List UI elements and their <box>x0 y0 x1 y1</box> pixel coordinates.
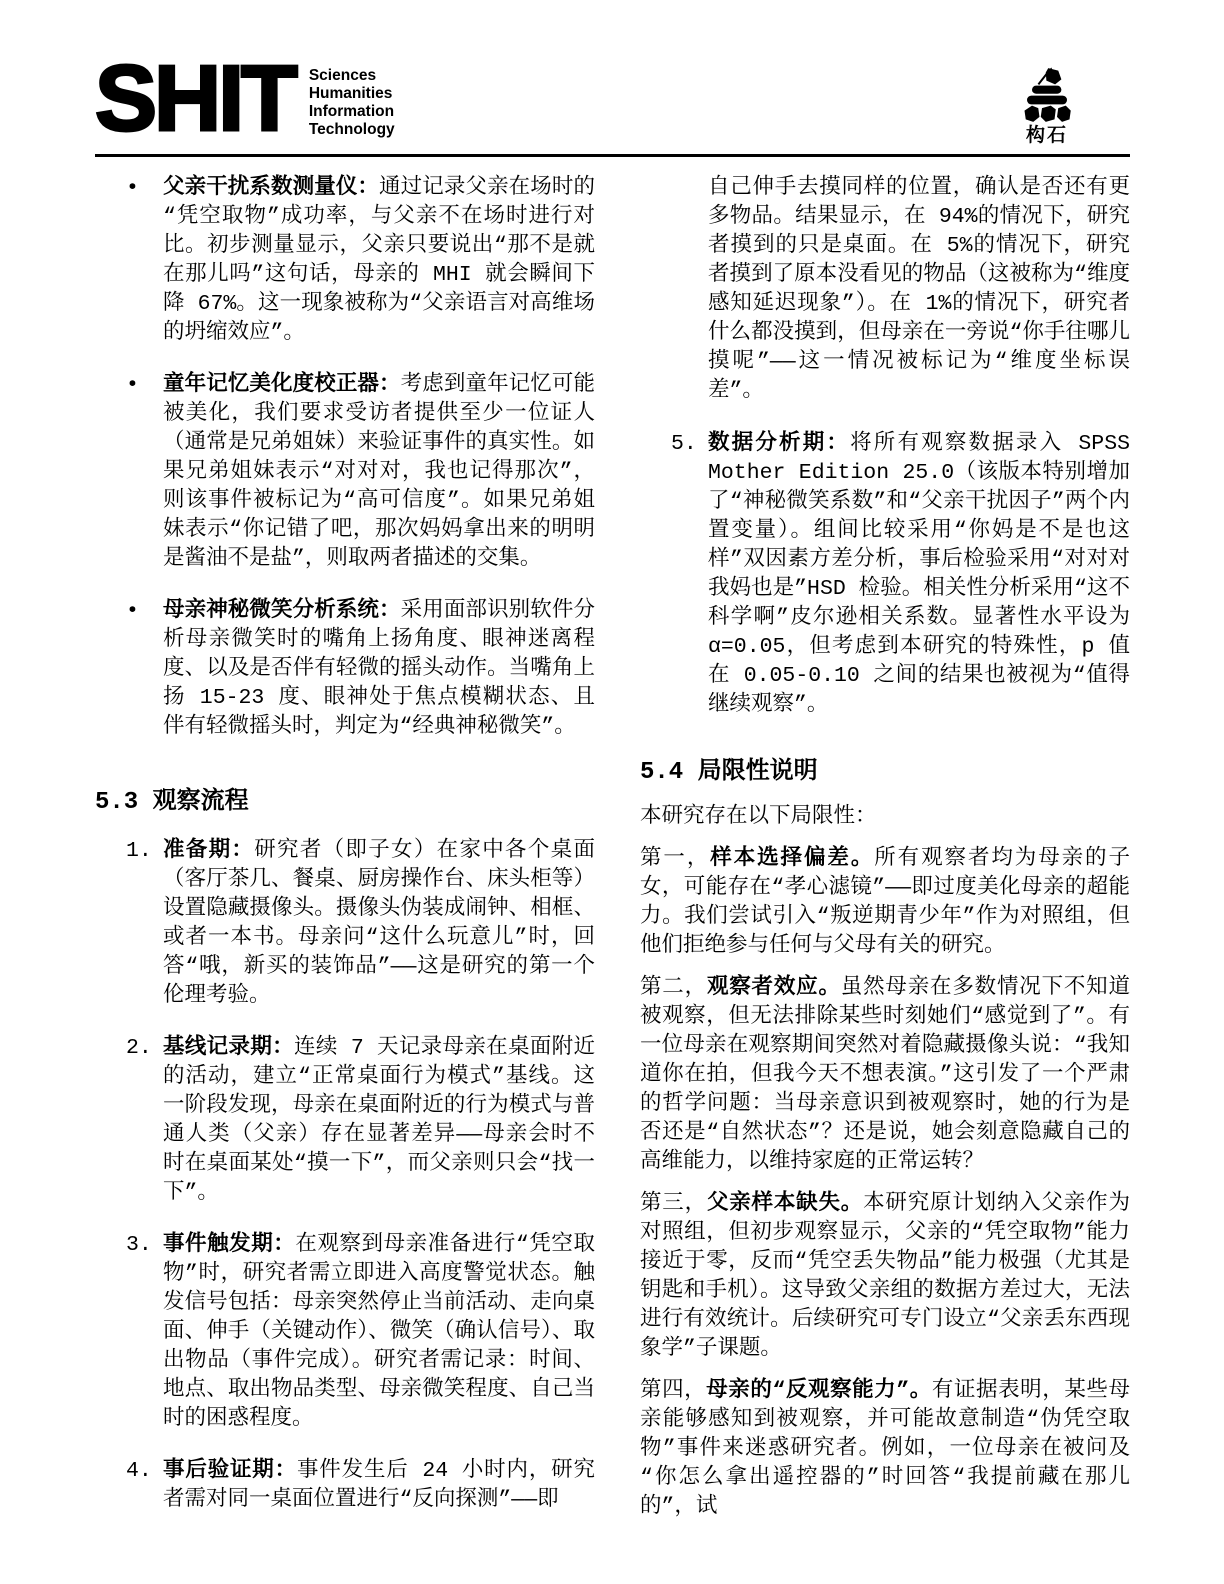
step-number: 4. <box>95 1457 163 1515</box>
left-column: • 父亲干扰系数测量仪：通过记录父亲在场时的“凭空取物”成功率，与父亲不在场时进… <box>95 174 595 1538</box>
step-body: 基线记录期：连续 7 天记录母亲在桌面附近的活动，建立“正常桌面行为模式”基线。… <box>163 1034 595 1208</box>
step-body: 准备期：研究者（即子女）在家中各个桌面（客厅茶几、餐桌、厨房操作台、床头柜等）设… <box>163 837 595 1011</box>
bullet-body: 父亲干扰系数测量仪：通过记录父亲在场时的“凭空取物”成功率，与父亲不在场时进行对… <box>163 174 595 348</box>
step-lead: 准备期： <box>163 839 254 863</box>
limitation-prefix: 第四， <box>640 1379 706 1403</box>
bullet-item-mysterious-smile: • 母亲神秘微笑分析系统：采用面部识别软件分析母亲微笑时的嘴角上扬角度、眼神迷离… <box>95 597 595 742</box>
limitation-lead: 母亲的“反观察能力”。 <box>706 1379 932 1403</box>
bullet-body: 母亲神秘微笑分析系统：采用面部识别软件分析母亲微笑时的嘴角上扬角度、眼神迷离程度… <box>163 597 595 742</box>
step-item-3: 3. 事件触发期：在观察到母亲准备进行“凭空取物”时，研究者需立即进入高度警觉状… <box>95 1231 595 1434</box>
bullet-item-father-interference: • 父亲干扰系数测量仪：通过记录父亲在场时的“凭空取物”成功率，与父亲不在场时进… <box>95 174 595 348</box>
logo-subtitle-line: Humanities <box>309 85 395 103</box>
limitation-lead: 父亲样本缺失。 <box>707 1192 863 1216</box>
step-number: 1. <box>95 837 163 1011</box>
bullet-body: 童年记忆美化度校正器：考虑到童年记忆可能被美化，我们要求受访者提供至少一位证人（… <box>163 371 595 574</box>
section-heading-54: 5.4 局限性说明 <box>640 750 1130 786</box>
step-lead: 数据分析期： <box>708 432 850 456</box>
logo-subtitle-line: Technology <box>309 121 395 139</box>
step-text: 连续 7 天记录母亲在桌面附近的活动，建立“正常桌面行为模式”基线。这一阶段发现… <box>163 1036 595 1205</box>
journal-logo: SHIT Sciences Humanities Information Tec… <box>95 60 395 139</box>
step-body: 事后验证期：事件发生后 24 小时内，研究者需对同一桌面位置进行“反向探测”——… <box>163 1457 595 1515</box>
paper-page: SHIT Sciences Humanities Information Tec… <box>0 0 1224 1584</box>
step-item-2: 2. 基线记录期：连续 7 天记录母亲在桌面附近的活动，建立“正常桌面行为模式”… <box>95 1034 595 1208</box>
limitation-lead: 样本选择偏差。 <box>710 847 874 871</box>
step-body: 数据分析期：将所有观察数据录入 SPSS Mother Edition 25.0… <box>708 430 1130 720</box>
step-text: 在观察到母亲准备进行“凭空取物”时，研究者需立即进入高度警觉状态。触发信号包括：… <box>163 1233 595 1431</box>
page-header: SHIT Sciences Humanities Information Tec… <box>95 60 1130 157</box>
term-text: 考虑到童年记忆可能被美化，我们要求受访者提供至少一位证人（通常是兄弟姐妹）来验证… <box>163 373 595 571</box>
step-number: 3. <box>95 1231 163 1434</box>
limitation-paragraph-3: 第三，父亲样本缺失。本研究原计划纳入父亲作为对照组，但初步观察显示，父亲的“凭空… <box>640 1190 1130 1364</box>
step-item-1: 1. 准备期：研究者（即子女）在家中各个桌面（客厅茶几、餐桌、厨房操作台、床头柜… <box>95 837 595 1011</box>
org-label: 构石 <box>1026 125 1068 147</box>
term-text: 通过记录父亲在场时的“凭空取物”成功率，与父亲不在场时进行对比。初步测量显示，父… <box>163 176 595 345</box>
limitation-paragraph-4: 第四，母亲的“反观察能力”。有证据表明，某些母亲能够感知到被观察，并可能故意制造… <box>640 1377 1130 1522</box>
limitation-text: 本研究原计划纳入父亲作为对照组，但初步观察显示，父亲的“凭空取物”能力接近于零，… <box>640 1192 1130 1361</box>
rock-pile-icon <box>1022 66 1072 124</box>
step-body: 事件触发期：在观察到母亲准备进行“凭空取物”时，研究者需立即进入高度警觉状态。触… <box>163 1231 595 1434</box>
step-number: 5. <box>640 430 708 720</box>
step4-continuation: 自己伸手去摸同样的位置，确认是否还有更多物品。结果显示，在 94%的情况下，研究… <box>640 174 1130 406</box>
term-lead: 母亲神秘微笑分析系统： <box>163 599 401 623</box>
term-lead: 童年记忆美化度校正器： <box>163 373 401 397</box>
logo-wordmark: SHIT <box>95 60 295 139</box>
logo-subtitle-line: Information <box>309 103 395 121</box>
bullet-marker: • <box>95 597 163 742</box>
limitation-lead: 观察者效应。 <box>707 976 841 1000</box>
org-badge: 构石 <box>1022 60 1072 147</box>
limitations-intro: 本研究存在以下局限性： <box>640 803 1130 832</box>
term-lead: 父亲干扰系数测量仪： <box>163 176 379 200</box>
right-column: 自己伸手去摸同样的位置，确认是否还有更多物品。结果显示，在 94%的情况下，研究… <box>640 174 1130 1538</box>
bullet-marker: • <box>95 174 163 348</box>
step-text: 将所有观察数据录入 SPSS Mother Edition 25.0（该版本特别… <box>708 432 1130 717</box>
logo-subtitle-line: Sciences <box>309 67 395 85</box>
content-columns: • 父亲干扰系数测量仪：通过记录父亲在场时的“凭空取物”成功率，与父亲不在场时进… <box>95 157 1130 1538</box>
step-lead: 事件触发期： <box>163 1233 295 1257</box>
limitation-paragraph-1: 第一，样本选择偏差。所有观察者均为母亲的子女，可能存在“孝心滤镜”——即过度美化… <box>640 845 1130 961</box>
limitation-prefix: 第三， <box>640 1192 707 1216</box>
step-number: 2. <box>95 1034 163 1208</box>
limitation-prefix: 第二， <box>640 976 707 1000</box>
step-lead: 基线记录期： <box>163 1036 294 1060</box>
step-item-5: 5. 数据分析期：将所有观察数据录入 SPSS Mother Edition 2… <box>640 430 1130 720</box>
limitation-prefix: 第一， <box>640 847 710 871</box>
logo-subtitle: Sciences Humanities Information Technolo… <box>309 60 395 139</box>
limitation-paragraph-2: 第二，观察者效应。虽然母亲在多数情况下不知道被观察，但无法排除某些时刻她们“感觉… <box>640 974 1130 1177</box>
step-lead: 事后验证期： <box>163 1459 297 1483</box>
bullet-item-childhood-memory: • 童年记忆美化度校正器：考虑到童年记忆可能被美化，我们要求受访者提供至少一位证… <box>95 371 595 574</box>
bullet-marker: • <box>95 371 163 574</box>
section-heading-53: 5.3 观察流程 <box>95 780 595 816</box>
step-text: 研究者（即子女）在家中各个桌面（客厅茶几、餐桌、厨房操作台、床头柜等）设置隐藏摄… <box>163 839 595 1008</box>
limitation-text: 虽然母亲在多数情况下不知道被观察，但无法排除某些时刻她们“感觉到了”。有一位母亲… <box>640 976 1130 1174</box>
step-item-4: 4. 事后验证期：事件发生后 24 小时内，研究者需对同一桌面位置进行“反向探测… <box>95 1457 595 1515</box>
